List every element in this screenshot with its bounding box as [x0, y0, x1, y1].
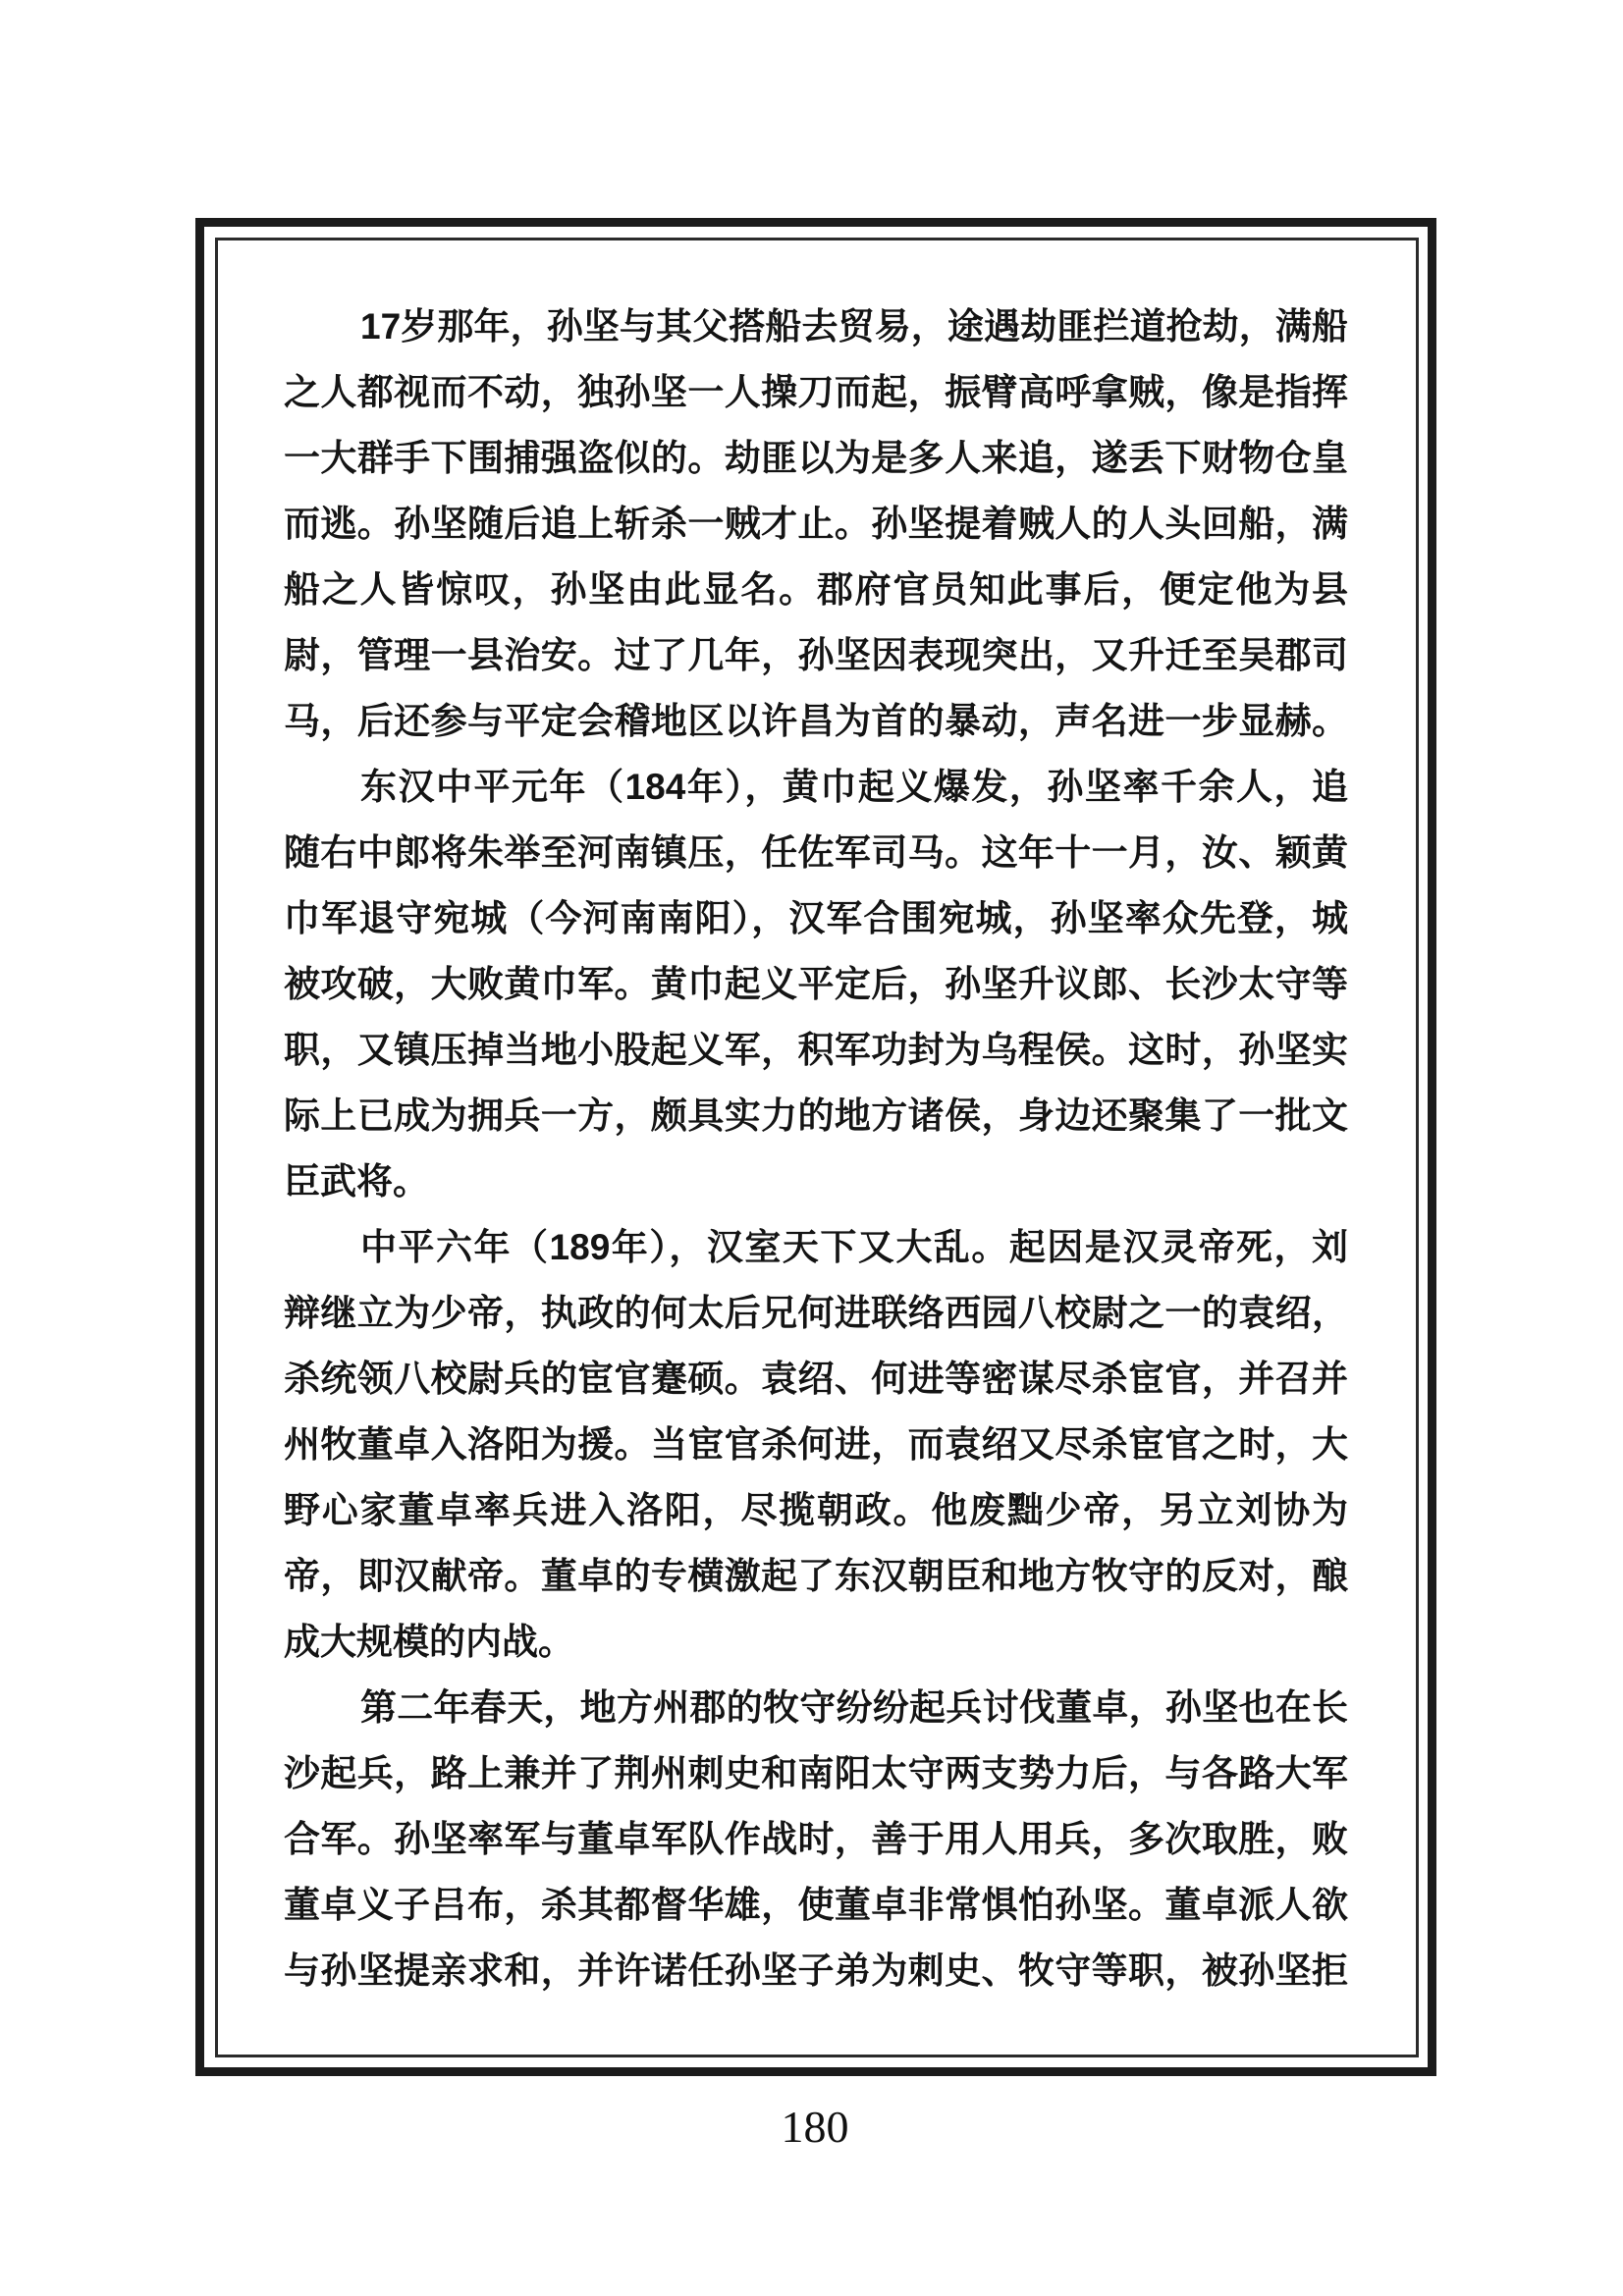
text-line: 中平六年（189年），汉室天下又大乱。起因是汉灵帝死，刘: [284, 1214, 1348, 1280]
text-line: 杀统领八校尉兵的宦官蹇硕。袁绍、何进等密谋尽杀宦官，并召并: [284, 1346, 1348, 1412]
text-line: 而逃。孙坚随后追上斩杀一贼才止。孙坚提着贼人的人头回船，满: [284, 491, 1348, 557]
text-line: 董卓义子吕布，杀其都督华雄，使董卓非常惧怕孙坚。董卓派人欲: [284, 1872, 1348, 1938]
text-line: 马，后还参与平定会稽地区以许昌为首的暴动，声名进一步显赫。: [284, 688, 1348, 754]
text-line: 尉，管理一县治安。过了几年，孙坚因表现突出，又升迁至吴郡司: [284, 622, 1348, 688]
text-line: 第二年春天，地方州郡的牧守纷纷起兵讨伐董卓，孙坚也在长: [284, 1675, 1348, 1740]
text-line: 野心家董卓率兵进入洛阳，尽揽朝政。他废黜少帝，另立刘协为: [284, 1477, 1348, 1543]
book-page: 17岁那年，孙坚与其父搭船去贸易，途遇劫匪拦道抢劫，满船之人都视而不动，独孙坚一…: [0, 0, 1623, 2296]
text-line: 职，又镇压掉当地小股起义军，积军功封为乌程侯。这时，孙坚实: [284, 1017, 1348, 1083]
text-line: 船之人皆惊叹，孙坚由此显名。郡府官员知此事后，便定他为县: [284, 557, 1348, 622]
text-line: 之人都视而不动，独孙坚一人操刀而起，振臂高呼拿贼，像是指挥: [284, 359, 1348, 425]
page-number: 180: [0, 2101, 1623, 2153]
text-line: 帝，即汉献帝。董卓的专横激起了东汉朝臣和地方牧守的反对，酿: [284, 1543, 1348, 1609]
text-line: 被攻破，大败黄巾军。黄巾起义平定后，孙坚升议郎、长沙太守等: [284, 951, 1348, 1017]
text-line: 际上已成为拥兵一方，颇具实力的地方诸侯，身边还聚集了一批文: [284, 1083, 1348, 1148]
text-line: 一大群手下围捕强盗似的。劫匪以为是多人来追，遂丢下财物仓皇: [284, 425, 1348, 491]
text-line: 成大规模的内战。: [284, 1609, 1348, 1675]
text-line: 沙起兵，路上兼并了荆州刺史和南阳太守两支势力后，与各路大军: [284, 1740, 1348, 1806]
text-line: 臣武将。: [284, 1148, 1348, 1214]
text-line: 州牧董卓入洛阳为援。当宦官杀何进，而袁绍又尽杀宦官之时，大: [284, 1412, 1348, 1477]
text-line: 随右中郎将朱举至河南镇压，任佐军司马。这年十一月，汝、颖黄: [284, 820, 1348, 885]
text-line: 东汉中平元年（184年），黄巾起义爆发，孙坚率千余人，追: [284, 754, 1348, 820]
text-line: 与孙坚提亲求和，并许诺任孙坚子弟为刺史、牧守等职，被孙坚拒: [284, 1938, 1348, 2003]
text-line: 巾军退守宛城（今河南南阳），汉军合围宛城，孙坚率众先登，城: [284, 885, 1348, 951]
page-text: 17岁那年，孙坚与其父搭船去贸易，途遇劫匪拦道抢劫，满船之人都视而不动，独孙坚一…: [284, 294, 1348, 2003]
text-line: 合军。孙坚率军与董卓军队作战时，善于用人用兵，多次取胜，败: [284, 1806, 1348, 1872]
text-line: 辩继立为少帝，执政的何太后兄何进联络西园八校尉之一的袁绍，: [284, 1280, 1348, 1346]
text-line: 17岁那年，孙坚与其父搭船去贸易，途遇劫匪拦道抢劫，满船: [284, 294, 1348, 359]
